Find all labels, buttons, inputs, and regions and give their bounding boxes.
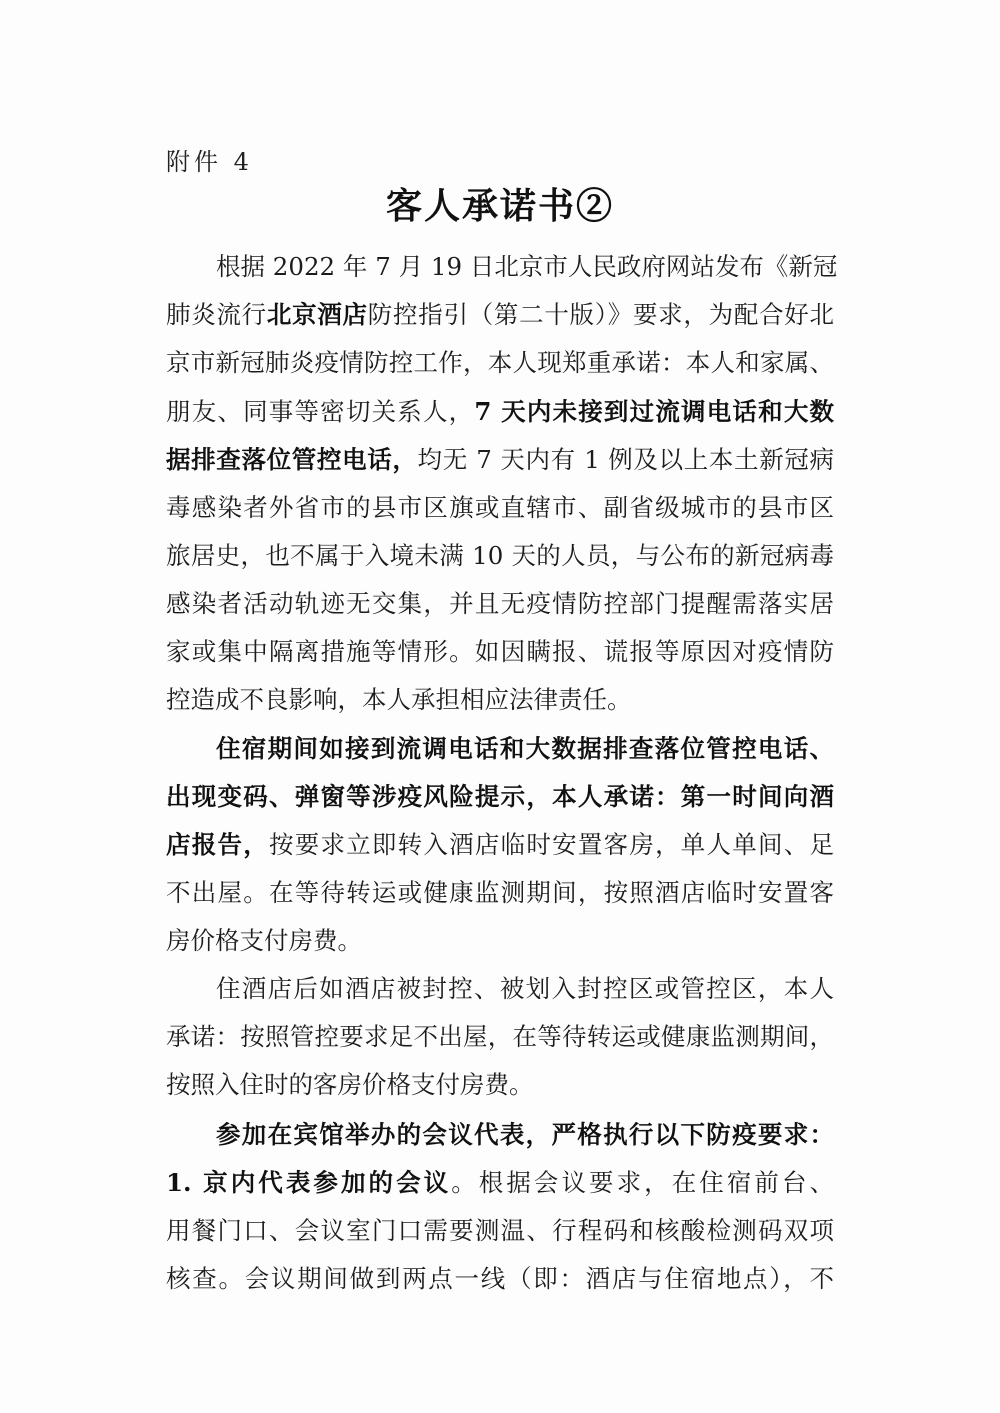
text-line: 根据 2022 年 7 月 19 日北京市人民政府网站发布《新冠 — [216, 248, 834, 283]
bold-text: 1. 京内代表参加的会议 — [166, 1168, 451, 1197]
bold-text: 参加在宾馆举办的会议代表，严格执行以下防疫要求： — [216, 1120, 834, 1149]
text: 旅居史，也不属于入境未满 10 天的人员，与公布的新冠病毒 — [166, 541, 834, 570]
text: 均无 7 天内有 1 例及以上本土新冠病 — [418, 445, 834, 474]
text-line: 京市新冠肺炎疫情防控工作，本人现郑重承诺：本人和家属、 — [166, 344, 834, 379]
document-page: 附件 4 客人承诺书② 根据 2022 年 7 月 19 日北京市人民政府网站发… — [0, 0, 1000, 1413]
bold-text: 据排查落位管控电话， — [166, 445, 418, 474]
text: 根据 2022 年 7 月 19 日北京市人民政府网站发布《新冠 — [216, 252, 837, 281]
text: 肺炎流行 — [166, 300, 267, 329]
text: 不出屋。在等待转运或健康监测期间，按照酒店临时安置客 — [166, 878, 834, 907]
document-title: 客人承诺书② — [0, 178, 1000, 229]
bold-text: 7 天内未接到过流调电话和大数 — [474, 397, 834, 426]
bold-text: 住宿期间如接到流调电话和大数据排查落位管控电话、 — [216, 734, 834, 763]
text-line: 不出屋。在等待转运或健康监测期间，按照酒店临时安置客 — [166, 874, 834, 909]
bold-text: 北京酒店 — [267, 300, 368, 329]
text: 毒感染者外省市的县市区旗或直辖市、副省级城市的县市区 — [166, 493, 834, 522]
text-line: 店报告，按要求立即转入酒店临时安置客房，单人单间、足 — [166, 826, 834, 861]
text-line: 据排查落位管控电话，均无 7 天内有 1 例及以上本土新冠病 — [166, 441, 834, 476]
text-line: 朋友、同事等密切关系人，7 天内未接到过流调电话和大数 — [166, 393, 834, 428]
text-line: 按照入住时的客房价格支付房费。 — [166, 1066, 834, 1101]
text: 按照入住时的客房价格支付房费。 — [166, 1070, 534, 1099]
text: 用餐门口、会议室门口需要测温、行程码和核酸检测码双项 — [166, 1216, 834, 1245]
text-line: 出现变码、弹窗等涉疫风险提示，本人承诺：第一时间向酒 — [166, 778, 834, 813]
bold-text: 店报告， — [166, 830, 269, 859]
text: 。根据会议要求，在住宿前台、 — [451, 1168, 834, 1197]
text: 住酒店后如酒店被封控、被划入封控区或管控区，本人 — [216, 974, 834, 1003]
bold-text: 出现变码、弹窗等涉疫风险提示，本人承诺：第一时间向酒 — [166, 782, 834, 811]
text-line: 毒感染者外省市的县市区旗或直辖市、副省级城市的县市区 — [166, 489, 834, 524]
text-line: 1. 京内代表参加的会议。根据会议要求，在住宿前台、 — [166, 1164, 834, 1199]
attachment-label: 附件 4 — [166, 142, 253, 177]
text: 房价格支付房费。 — [166, 926, 362, 955]
text: 感染者活动轨迹无交集，并且无疫情防控部门提醒需落实居 — [166, 589, 834, 618]
text: 控造成不良影响，本人承担相应法律责任。 — [166, 685, 632, 714]
text-line: 住宿期间如接到流调电话和大数据排查落位管控电话、 — [216, 730, 834, 765]
text-line: 控造成不良影响，本人承担相应法律责任。 — [166, 681, 834, 716]
text-line: 住酒店后如酒店被封控、被划入封控区或管控区，本人 — [216, 970, 834, 1005]
text: 核查。会议期间做到两点一线（即：酒店与住宿地点），不 — [166, 1264, 834, 1293]
text-line: 核查。会议期间做到两点一线（即：酒店与住宿地点），不 — [166, 1260, 834, 1295]
text-line: 家或集中隔离措施等情形。如因瞒报、谎报等原因对疫情防 — [166, 633, 834, 668]
text-line: 用餐门口、会议室门口需要测温、行程码和核酸检测码双项 — [166, 1212, 834, 1247]
text: 按要求立即转入酒店临时安置客房，单人单间、足 — [269, 830, 834, 859]
text-line: 旅居史，也不属于入境未满 10 天的人员，与公布的新冠病毒 — [166, 537, 834, 572]
text: 防控指引（第二十版）》要求，为配合好北 — [368, 300, 834, 329]
text: 朋友、同事等密切关系人， — [166, 397, 474, 426]
text-line: 感染者活动轨迹无交集，并且无疫情防控部门提醒需落实居 — [166, 585, 834, 620]
text: 承诺：按照管控要求足不出屋，在等待转运或健康监测期间， — [166, 1022, 834, 1051]
text-line: 肺炎流行北京酒店防控指引（第二十版）》要求，为配合好北 — [166, 296, 834, 331]
text: 京市新冠肺炎疫情防控工作，本人现郑重承诺：本人和家属、 — [166, 348, 834, 377]
text-line: 房价格支付房费。 — [166, 922, 834, 957]
text-line: 承诺：按照管控要求足不出屋，在等待转运或健康监测期间， — [166, 1018, 834, 1053]
text-line: 参加在宾馆举办的会议代表，严格执行以下防疫要求： — [216, 1116, 834, 1151]
text: 家或集中隔离措施等情形。如因瞒报、谎报等原因对疫情防 — [166, 637, 834, 666]
